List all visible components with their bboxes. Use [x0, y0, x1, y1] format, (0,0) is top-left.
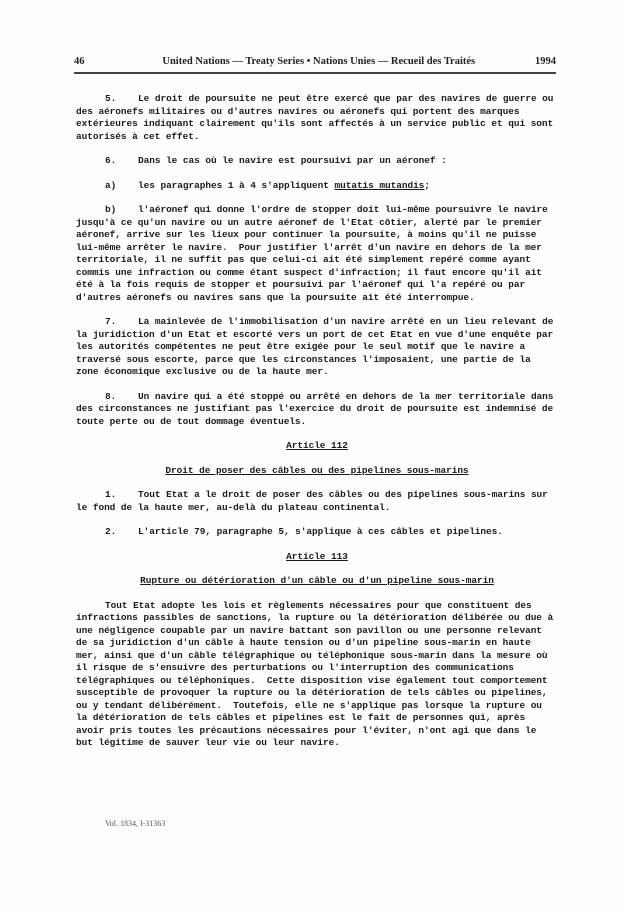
- paragraph-text: Tout Etat adopte les lois et règlements …: [76, 600, 559, 749]
- article-112-subheading: Droit de poser des câbles ou des pipelin…: [76, 465, 558, 478]
- header-rule: [74, 72, 556, 74]
- paragraph-text: les paragraphes 1 à 4 s'appliquent: [138, 180, 334, 191]
- series-title: United Nations — Treaty Series • Nations…: [85, 56, 536, 67]
- paragraph-text: Dans le cas où le navire est poursuivi p…: [138, 155, 447, 166]
- paragraph-number: 8.: [105, 391, 138, 404]
- latin-phrase: mutatis mutandis: [334, 180, 424, 191]
- page-number: 46: [74, 56, 85, 67]
- document-page: 46 United Nations — Treaty Series • Nati…: [0, 0, 624, 912]
- paragraph-number: 5.: [105, 93, 138, 106]
- article-112-paragraph-2: 2.L'article 79, paragraphe 5, s'applique…: [76, 526, 558, 539]
- paragraph-number: 7.: [105, 316, 138, 329]
- publication-year: 1994: [535, 56, 556, 67]
- subparagraph-letter: b): [105, 204, 138, 217]
- article-112-paragraph-1: 1.Tout Etat a le droit de poser des câbl…: [76, 489, 558, 514]
- paragraph-text: Le droit de poursuite ne peut être exerc…: [76, 93, 559, 142]
- paragraph-6: 6.Dans le cas où le navire est poursuivi…: [76, 155, 558, 168]
- paragraph-6a: a)les paragraphes 1 à 4 s'appliquent mut…: [76, 180, 558, 193]
- paragraph-text: Tout Etat a le droit de poser des câbles…: [76, 489, 553, 513]
- paragraph-text: La mainlevée de l'immobilisation d'un na…: [76, 316, 559, 377]
- punctuation: ;: [424, 180, 430, 191]
- paragraph-7: 7.La mainlevée de l'immobilisation d'un …: [76, 316, 558, 379]
- subparagraph-letter: a): [105, 180, 138, 193]
- paragraph-number: 1.: [105, 489, 138, 502]
- article-113-heading: Article 113: [76, 551, 558, 564]
- paragraph-text: Un navire qui a été stoppé ou arrêté en …: [76, 391, 559, 427]
- article-113-paragraph: Tout Etat adopte les lois et règlements …: [76, 600, 558, 750]
- paragraph-6b: b)l'aéronef qui donne l'ordre de stopper…: [76, 204, 558, 304]
- article-113-subheading: Rupture ou détérioration d'un câble ou d…: [76, 575, 558, 588]
- running-header: 46 United Nations — Treaty Series • Nati…: [74, 56, 556, 70]
- paragraph-number: 6.: [105, 155, 138, 168]
- paragraph-number: 2.: [105, 526, 138, 539]
- paragraph-5: 5.Le droit de poursuite ne peut être exe…: [76, 93, 558, 143]
- volume-reference: Vol. 1834, I-31363: [105, 819, 165, 828]
- document-body: 5.Le droit de poursuite ne peut être exe…: [76, 93, 558, 762]
- paragraph-text: L'article 79, paragraphe 5, s'applique à…: [138, 526, 503, 537]
- paragraph-text: l'aéronef qui donne l'ordre de stopper d…: [76, 204, 553, 303]
- paragraph-8: 8.Un navire qui a été stoppé ou arrêté e…: [76, 391, 558, 429]
- article-112-heading: Article 112: [76, 440, 558, 453]
